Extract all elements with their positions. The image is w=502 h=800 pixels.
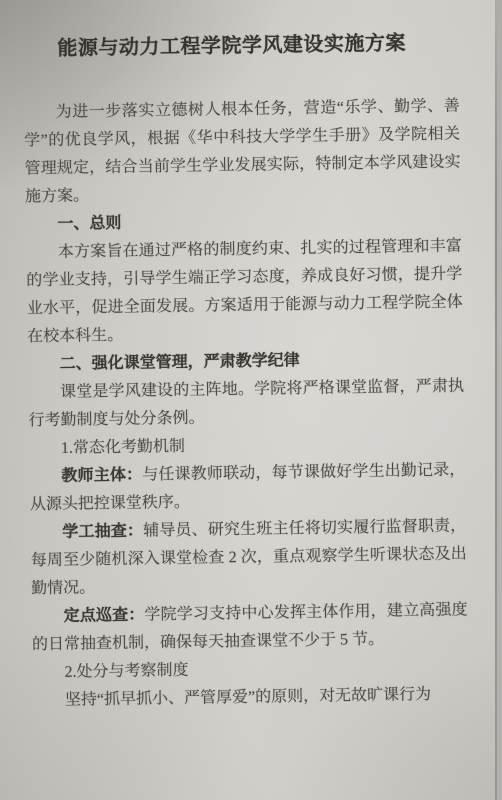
paper-edge-line bbox=[495, 0, 497, 800]
run-in-label-spot-check: 学工抽查： bbox=[62, 523, 143, 541]
run-in-label-fixed-inspection: 定点巡查： bbox=[63, 607, 144, 625]
document-title: 能源与动力工程学院学风建设实施方案 bbox=[22, 29, 458, 64]
paragraph-overview: 本方案旨在通过严格的制度约束、扎实的过程管理和丰富的学业支持，引导学生端正学习态… bbox=[26, 233, 464, 352]
document-photo: 能源与动力工程学院学风建设实施方案 为进一步落实立德树人根本任务，营造“乐学、勤… bbox=[0, 0, 502, 800]
paragraph-teacher-attendance: 教师主体：与任课教师联动，每节课做好学生出勤记录，从源头把控课堂秩序。 bbox=[29, 457, 466, 520]
run-in-label-teacher: 教师主体： bbox=[61, 467, 142, 485]
document-page: 能源与动力工程学院学风建设实施方案 为进一步落实立德树人根本任务，营造“乐学、勤… bbox=[22, 0, 469, 715]
paragraph-student-affairs-checks: 学工抽查：辅导员、研究生班主任将切实履行监督职责，每周至少随机深入课堂检查 2 … bbox=[30, 513, 467, 604]
paragraph-discipline-principle: 坚持“抓早抓小、严管厚爱”的原则，对无故旷课行为 bbox=[33, 681, 469, 716]
paper-edge-strip bbox=[497, 0, 502, 800]
paragraph-classroom-supervision: 课堂是学风建设的主阵地。学院将严格课堂监督，严肃执行考勤制度与处分条例。 bbox=[28, 373, 465, 436]
document-body: 为进一步落实立德树人根本任务，营造“乐学、勤学、善学”的优良学风，根据《华中科技… bbox=[24, 93, 470, 716]
paragraph-fixed-point-inspection: 定点巡查：学院学习支持中心发挥主体作用，建立高强度的日常抽查机制，确保每天抽查课… bbox=[31, 597, 468, 660]
paragraph-intro: 为进一步落实立德树人根本任务，营造“乐学、勤学、善学”的优良学风，根据《华中科技… bbox=[24, 93, 462, 212]
